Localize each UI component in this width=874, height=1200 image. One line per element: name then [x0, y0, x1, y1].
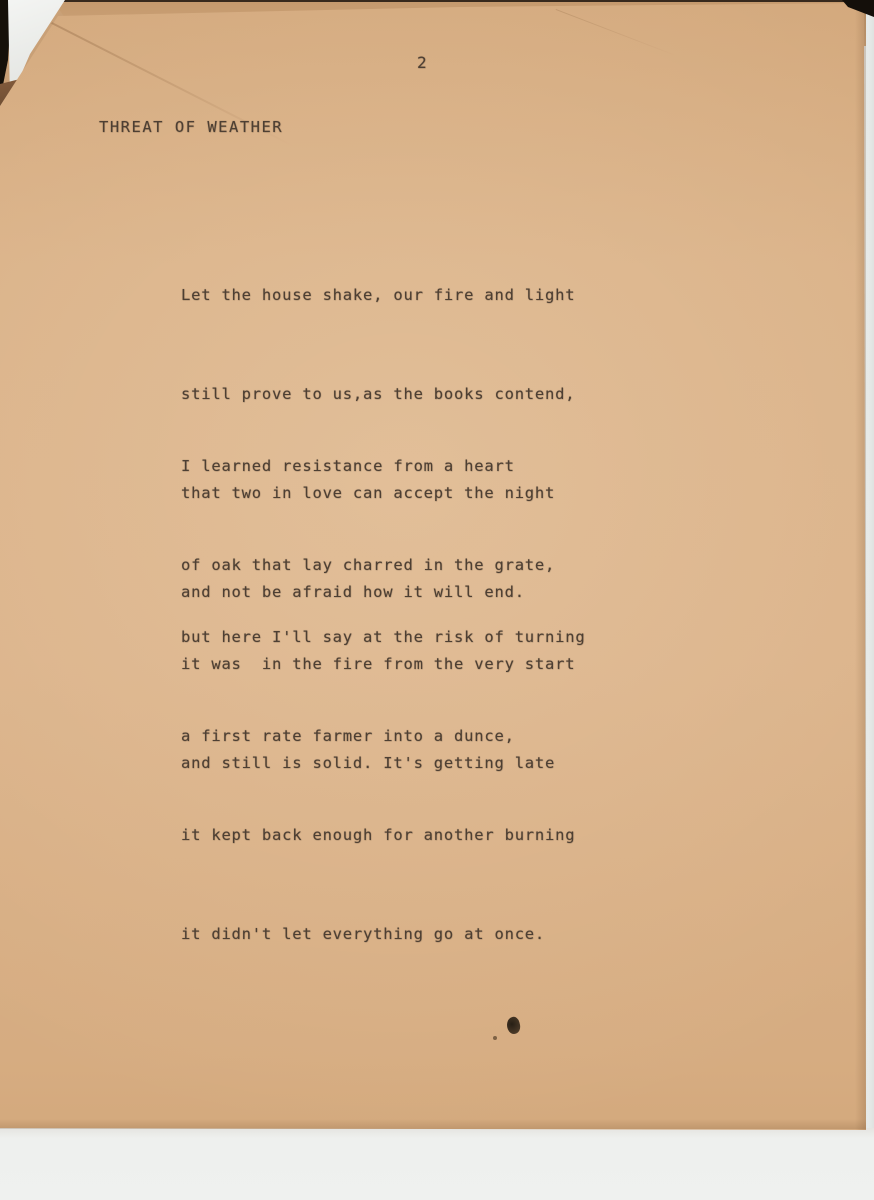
poem-line: a first rate farmer into a dunce,	[181, 720, 661, 753]
poem-stanza: but here I'll say at the risk of turning…	[181, 555, 661, 1017]
page-number: 2	[417, 52, 428, 74]
poem-line: Let the house shake, our fire and light	[181, 279, 661, 312]
poem-title: THREAT OF WEATHER	[99, 116, 283, 138]
poem-line: I learned resistance from a heart	[181, 450, 661, 483]
poem-line: but here I'll say at the risk of turning	[181, 621, 661, 654]
poem-line: it didn't let everything go at once.	[181, 918, 661, 951]
scanned-page: 2 THREAT OF WEATHER Let the house shake,…	[0, 0, 874, 1200]
poem-line: it kept back enough for another burning	[181, 819, 661, 852]
typewritten-text: 2 THREAT OF WEATHER Let the house shake,…	[0, 0, 874, 1200]
